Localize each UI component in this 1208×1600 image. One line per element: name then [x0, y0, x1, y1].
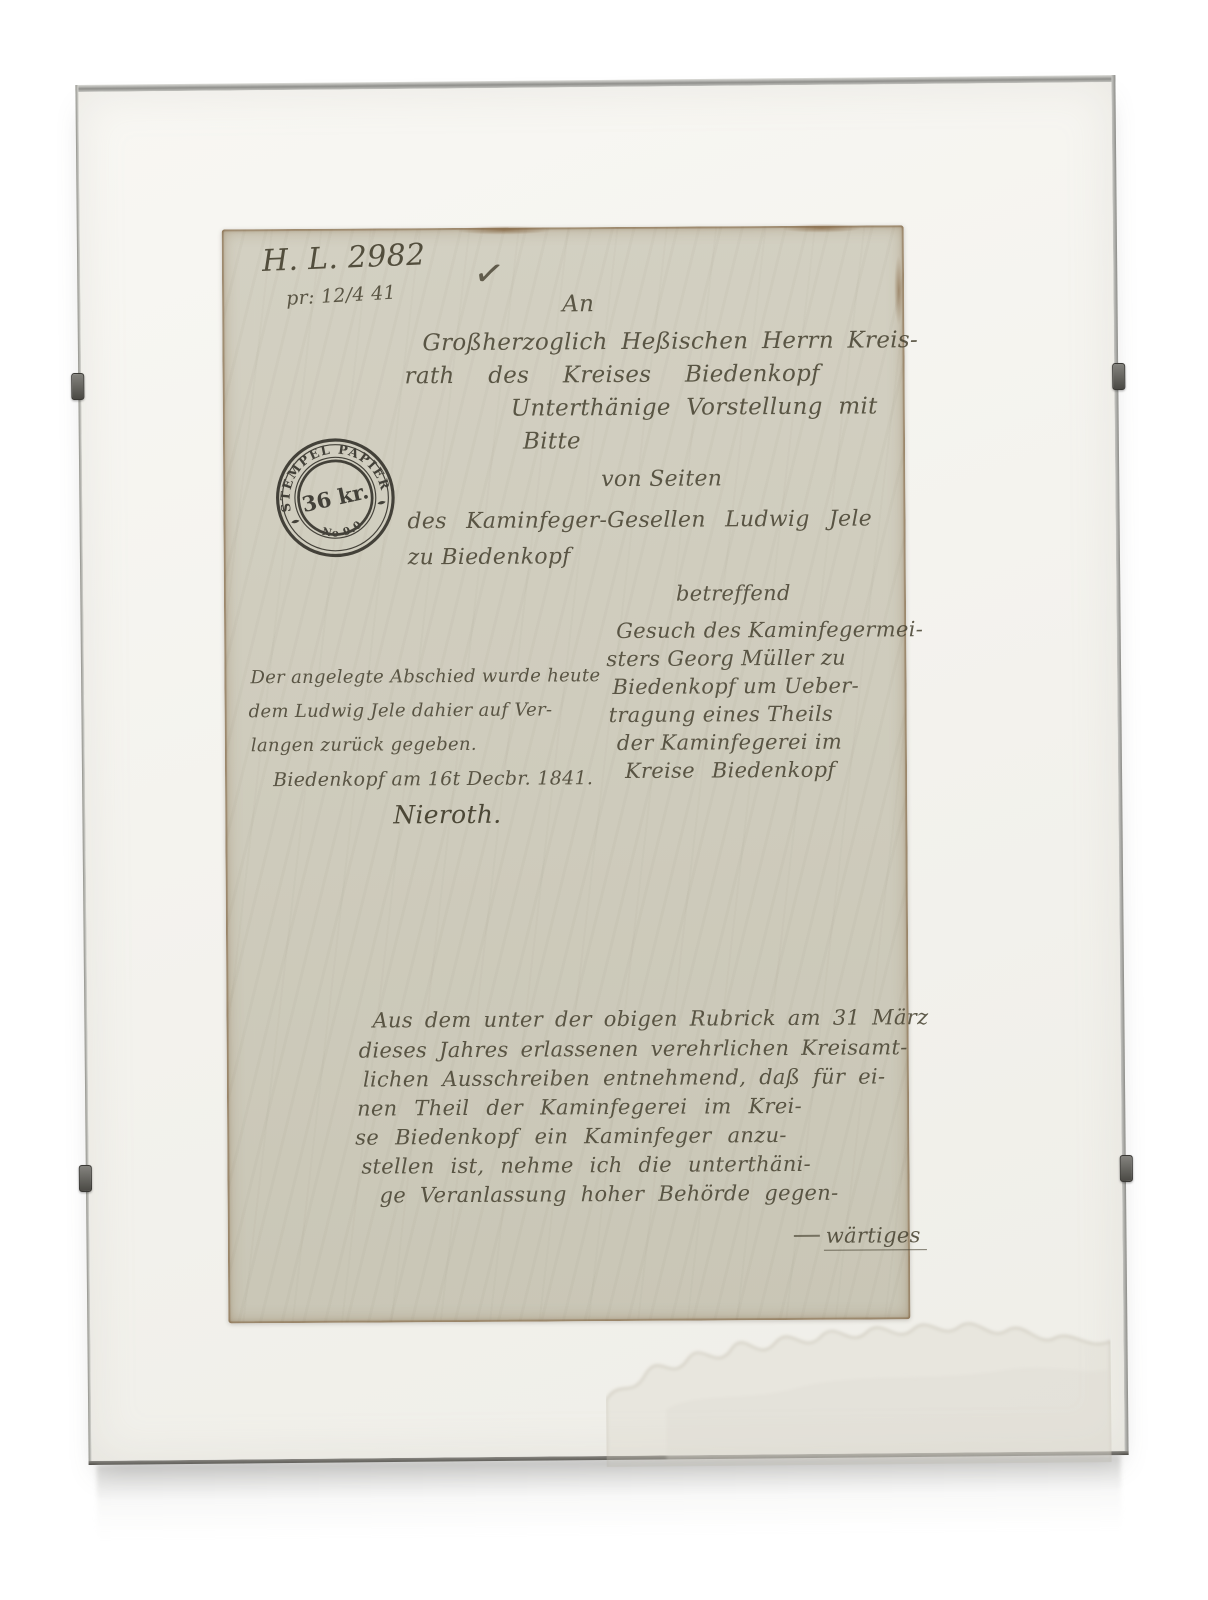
body-line: lichen Ausschreiben entnehmend, daß für … — [363, 1064, 886, 1091]
address-line: rath des Kreises Biedenkopf — [405, 361, 820, 390]
sender-line: zu Biedenkopf — [408, 544, 571, 570]
frame-reflection — [97, 1455, 1122, 1560]
subject-line: Kreise Biedenkopf — [625, 758, 836, 783]
body-line: Aus dem unter der obigen Rubrick am 31 M… — [372, 1005, 928, 1032]
glass-clip-frame: H. L. 2982 pr: 12/4 41 ✓ An Großherzogli… — [75, 75, 1128, 1465]
body-line: nen Theil der Kaminfegerei im Krei- — [357, 1094, 802, 1121]
body-line: ge Veranlassung hoher Behörde gegen- — [380, 1181, 839, 1208]
stamp-flourish — [377, 500, 386, 505]
pen-dash — [794, 1235, 820, 1237]
mat-board: H. L. 2982 pr: 12/4 41 ✓ An Großherzogli… — [78, 82, 1124, 1461]
catchword: wärtiges — [824, 1223, 927, 1251]
body-line: stellen ist, nehme ich die unterthäni- — [361, 1152, 811, 1179]
frame-clip-right-lower — [1120, 1155, 1133, 1182]
subject-line: Gesuch des Kaminfegermei- — [616, 617, 923, 643]
subject-line: Biedenkopf um Ueber- — [612, 674, 859, 700]
catchword-wrap: wärtiges — [794, 1223, 927, 1248]
sender-intro: von Seiten — [601, 466, 722, 492]
address-line: Unterthänige Vorstellung mit — [511, 393, 878, 421]
subject-line: der Kaminfegerei im — [617, 730, 842, 755]
sender-line: des Kaminfeger-Gesellen Ludwig Jele — [407, 506, 872, 534]
marginal-note-dateline: Biedenkopf am 16t Decbr. 1841. — [273, 767, 593, 791]
subject-line: tragung eines Theils — [609, 702, 833, 727]
subject-heading: betreffend — [676, 581, 791, 606]
stamp-bottom-text: No 9.0 — [318, 517, 366, 544]
frame-clip-left-lower — [79, 1165, 92, 1192]
body-line: dieses Jahres erlassenen verehrlichen Kr… — [359, 1035, 908, 1062]
marginal-note-line: Der angelegte Abschied wurde heute — [250, 665, 600, 688]
signature-nieroth: Nieroth. — [393, 800, 501, 830]
docket-number: H. L. 2982 — [261, 237, 426, 279]
scorch-mark — [457, 225, 552, 235]
scorch-mark — [894, 255, 903, 325]
check-mark: ✓ — [471, 252, 508, 298]
subject-line: sters Georg Müller zu — [606, 646, 846, 671]
address-line: Bitte — [523, 428, 581, 454]
stamp-flourish — [291, 519, 300, 524]
svg-text:No 9.0: No 9.0 — [318, 517, 366, 544]
body-line: se Biedenkopf ein Kaminfeger anzu- — [355, 1123, 787, 1150]
stamp-value-text: 36 kr. — [300, 478, 371, 517]
photo-background: H. L. 2982 pr: 12/4 41 ✓ An Großherzogli… — [0, 0, 1208, 1600]
frame-clip-left-upper — [71, 373, 84, 400]
scorch-mark — [782, 224, 862, 233]
frame-glass: H. L. 2982 pr: 12/4 41 ✓ An Großherzogli… — [75, 75, 1128, 1465]
frame-clip-right-upper — [1112, 363, 1125, 390]
marginal-note-line: dem Ludwig Jele dahier auf Ver- — [249, 699, 553, 722]
address-salutation: An — [562, 291, 594, 317]
manuscript-paper: H. L. 2982 pr: 12/4 41 ✓ An Großherzogli… — [222, 225, 911, 1323]
address-line: Großherzoglich Heßischen Herrn Kreis- — [422, 327, 918, 356]
stempel-papier-stamp: STEMPEL PAPIER No 9.0 36 kr. — [259, 423, 411, 573]
docket-presented-date: pr: 12/4 41 — [286, 282, 397, 310]
marginal-note-line: langen zurück gegeben. — [251, 734, 477, 756]
